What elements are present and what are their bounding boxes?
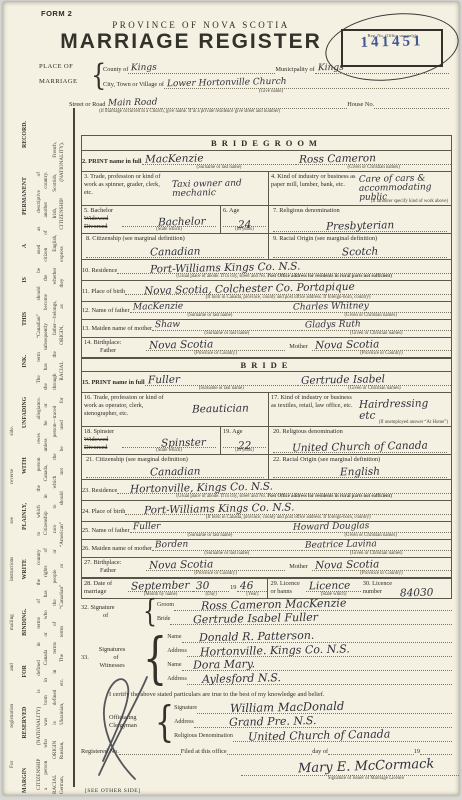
bride-given-value: Gertrude Isabel bbox=[301, 374, 385, 386]
groom-mother-given: Gladys Ruth bbox=[304, 320, 360, 330]
groom-industry-label: 4. Kind of industry or business as paper… bbox=[269, 172, 359, 205]
groom-father-given: Charles Whitney bbox=[293, 302, 369, 313]
city-field: Lower Hortonville Church bbox=[164, 79, 449, 89]
street-caption: (If marriage occurred in a Church, give … bbox=[99, 109, 449, 114]
row-signatures: 32. Signature of { Groom Ross Cameron Ma… bbox=[81, 595, 452, 629]
groom-bp-father-label: Father bbox=[100, 347, 144, 355]
marriage-year-value: 46 bbox=[240, 580, 254, 591]
bride-trade-label: 16. Trade, profession or kind of work as… bbox=[82, 393, 172, 426]
section-bride: BRIDE bbox=[82, 357, 451, 371]
groom-age-label: 6. Age bbox=[223, 207, 266, 215]
bride-bp-father-label: Father bbox=[100, 567, 144, 575]
row-bride-residence: 23. Residence Hortonville, Kings Co. N.S… bbox=[82, 479, 451, 500]
groom-birth-field: Nova Scotia, Colchester Co. Portapique (… bbox=[125, 281, 451, 301]
groom-residence-caption-a: (Usual place of abode. If in city, stree… bbox=[176, 274, 266, 279]
bride-bp-mother-value: Nova Scotia bbox=[315, 559, 379, 571]
bride-father-given: Howard Douglas bbox=[293, 522, 369, 533]
groom-father-given-field: Charles Whitney (Given or Christian name… bbox=[290, 302, 451, 319]
bride-mother-given: Beatrice Lavina bbox=[304, 540, 376, 551]
groom-given-value: Ross Cameron bbox=[299, 153, 376, 165]
groom-residence-caption-b: Post Office address for residents in rur… bbox=[267, 274, 392, 279]
bride-origin-value: English bbox=[340, 466, 380, 477]
row-bride-mother: 26. Maiden name of mother Borden (Surnam… bbox=[82, 539, 451, 557]
street-label: Street or Road bbox=[69, 101, 105, 109]
certify-statement: I certify the above stated particulars a… bbox=[109, 691, 452, 698]
clergy-denomination: United Church of Canada bbox=[248, 729, 391, 743]
county-value: Kings bbox=[131, 64, 157, 74]
bride-sig-label: Bride bbox=[157, 616, 170, 622]
groom-bp-mother-label: Mother bbox=[285, 343, 312, 357]
bride-birth-field: Port-Williams Kings Co. N.S. (If born in… bbox=[125, 501, 451, 521]
groom-father-surname: MacKenzie bbox=[132, 302, 182, 312]
groom-name-label: 2. PRINT name in full bbox=[82, 158, 142, 165]
groom-bp-father-value: Nova Scotia bbox=[149, 339, 213, 351]
bride-given-field: Gertrude Isabel (Given or Christian name… bbox=[298, 372, 451, 392]
see-other-side-note: [SEE OTHER SIDE] bbox=[85, 788, 452, 794]
place-of-marriage-block: PLACE OF MARRIAGE { County of Kings Muni… bbox=[39, 59, 449, 114]
margin-note-registration: For registration and mailing instruction… bbox=[10, 426, 15, 768]
witness1-name-label: Name bbox=[167, 634, 181, 640]
groom-mother-surname-field: Shaw (Surname or last name) bbox=[152, 320, 301, 337]
clergy-sig-label: Signature bbox=[174, 705, 197, 711]
bride-industry-label: 17. Kind of industry or business as text… bbox=[269, 393, 359, 426]
bride-father-given-field: Howard Douglas (Given or Christian names… bbox=[290, 522, 451, 539]
bride-surname-value: Fuller bbox=[148, 374, 180, 385]
section-bridegroom: BRIDEGROOM bbox=[82, 136, 451, 150]
bride-residence-field: Hortonville, Kings Co. N.S. (Usual place… bbox=[117, 480, 451, 500]
groom-trade-label: 3. Trade, profession or kind of work as … bbox=[82, 172, 172, 205]
place-brace: { bbox=[91, 58, 106, 93]
day-of-label: day of bbox=[312, 748, 328, 755]
bride-status-caption: (State which) bbox=[122, 447, 216, 454]
groom-citizenship-value: Canadian bbox=[150, 246, 201, 258]
issuer-signature: Mary E. McCormack bbox=[298, 758, 435, 776]
paper: For registration and mailing instruction… bbox=[3, 2, 459, 795]
bride-father-label: 25. Name of father bbox=[82, 527, 130, 539]
main-table: BRIDEGROOM 2. PRINT name in full MacKenz… bbox=[81, 135, 452, 599]
groom-bp-father-field: Nova Scotia (Province or Country) bbox=[146, 338, 285, 357]
municipality-value: Kings bbox=[318, 64, 344, 74]
bride-trade-value: Beautician bbox=[191, 404, 248, 416]
groom-bp-label: 14. Birthplace: bbox=[84, 339, 144, 347]
signature-area: 32. Signature of { Groom Ross Cameron Ma… bbox=[81, 595, 452, 791]
page-title: MARRIAGE REGISTER bbox=[3, 30, 379, 54]
marriage-label: MARRIAGE bbox=[39, 78, 77, 85]
municipality-label: Municipality of bbox=[275, 66, 314, 74]
row-bride-father: 25. Name of father Fuller (Surname or la… bbox=[82, 521, 451, 539]
groom-origin-label: 9. Racial Origin (see marginal definitio… bbox=[273, 235, 447, 243]
bride-citizenship-value: Canadian bbox=[150, 466, 201, 478]
bride-bp-father-field: Nova Scotia (Province or Country) bbox=[146, 558, 285, 577]
bride-mother-given-field: Beatrice Lavina (Given or Christian name… bbox=[302, 540, 451, 557]
row-groom-citizenship-origin: 8. Citizenship (see marginal definition)… bbox=[82, 233, 451, 259]
bride-residence-caption-a: (Usual place of abode. If in city, stree… bbox=[176, 494, 266, 499]
ink-scrawl bbox=[83, 657, 153, 787]
clergy-address-label: Address bbox=[174, 719, 194, 725]
row-bride-trade-industry: 16. Trade, profession or kind of work as… bbox=[82, 392, 451, 426]
bride-citizenship-label: 21. Citizenship (see marginal definition… bbox=[86, 456, 264, 464]
row-groom-name: 2. PRINT name in full MacKenzie (Surname… bbox=[82, 150, 451, 171]
margin-note-binding: MARGIN RESERVED FOR BINDING. WRITE PLAIN… bbox=[23, 121, 29, 793]
bride-bp-label: 27. Birthplace: bbox=[84, 559, 144, 567]
bride-father-surname: Fuller bbox=[132, 523, 160, 533]
place-of-label: PLACE OF bbox=[39, 63, 73, 70]
row-groom-status-age-religion: 5. Bachelor Widowed Divorced Bachelor (S… bbox=[82, 205, 451, 233]
groom-sig-label: Groom bbox=[157, 602, 174, 608]
witness1-address: Hortonville. Kings Co. N.S. bbox=[200, 643, 350, 657]
groom-origin-value: Scotch bbox=[342, 246, 378, 257]
filed-label: Filed at this office bbox=[181, 748, 227, 755]
bride-mother-surname-field: Borden (Surname or last name) bbox=[152, 540, 301, 557]
issuer-caption: Signature of Issuer of Marriage Licence bbox=[241, 776, 459, 782]
groom-age-caption: (In years) bbox=[223, 226, 266, 233]
row-groom-parents-birthplace: 14. Birthplace: Father Nova Scotia (Prov… bbox=[82, 337, 451, 357]
witness1-name: Donald R. Patterson. bbox=[198, 630, 314, 643]
bride-age-label: 19. Age bbox=[223, 428, 266, 436]
county-label: County of bbox=[103, 66, 128, 74]
signature-of-label-2: of bbox=[103, 612, 143, 620]
house-no-label: House No. bbox=[347, 101, 374, 109]
bride-bp-mother-field: Nova Scotia (Province or Country) bbox=[312, 558, 451, 577]
bride-birth-label: 24. Place of birth bbox=[82, 508, 125, 521]
bride-father-surname-field: Fuller (Surname or last name) bbox=[130, 522, 291, 539]
row-bride-name: 15. PRINT name in full Fuller (Surname o… bbox=[82, 371, 451, 392]
bride-signature: Gertrude Isabel Fuller bbox=[193, 612, 318, 626]
bride-industry-value: Hairdressing etc bbox=[359, 398, 447, 421]
margin-note-citizenship-1: CITIZENSHIP (NATIONALITY) is defined in … bbox=[37, 172, 42, 790]
city-value: Lower Hortonville Church bbox=[167, 78, 287, 90]
groom-bp-mother-field: Nova Scotia (Province or Country) bbox=[312, 338, 451, 357]
row-bride-birthplace: 24. Place of birth Port-Williams Kings C… bbox=[82, 500, 451, 521]
groom-father-label: 12. Name of father bbox=[82, 307, 130, 319]
witness-label-1: Signatures bbox=[81, 646, 143, 654]
county-field: Kings bbox=[128, 64, 275, 74]
row-groom-residence: 10. Residence Port-Williams Kings Co. N.… bbox=[82, 259, 451, 280]
groom-given-field: Ross Cameron (Given or Christian names) bbox=[296, 151, 451, 171]
groom-residence-value: Port-Williams Kings Co. N.S. bbox=[150, 261, 301, 275]
groom-surname-value: MacKenzie bbox=[144, 153, 203, 165]
clergy-brace: { bbox=[155, 698, 174, 747]
bride-residence-caption-b: Post Office address for residents in rur… bbox=[267, 494, 392, 499]
bride-name-label: 15. PRINT name in full bbox=[82, 379, 145, 386]
groom-residence-label: 10. Residence bbox=[82, 267, 117, 280]
groom-bp-mother-value: Nova Scotia bbox=[315, 339, 379, 351]
licence-value: Licence bbox=[309, 580, 351, 591]
bride-birth-value: Port-Williams Kings Co. N.S. bbox=[144, 502, 295, 516]
witness2-address: Aylesford N.S. bbox=[202, 672, 281, 685]
stamp-number: 141451 bbox=[343, 33, 441, 53]
bride-bp-mother-label: Mother bbox=[285, 563, 312, 577]
margin-rule bbox=[73, 108, 75, 787]
city-label: City, Town or Village of bbox=[103, 81, 164, 89]
signature-of-label-1: 32. Signature bbox=[81, 604, 143, 612]
witness1-address-label: Address bbox=[167, 648, 187, 654]
groom-father-surname-field: MacKenzie (Surname or last name) bbox=[130, 302, 291, 319]
province-heading: PROVINCE OF NOVA SCOTIA bbox=[3, 20, 399, 30]
row-groom-trade-industry: 3. Trade, profession or kind of work as … bbox=[82, 171, 451, 205]
marriage-day-value: 30 bbox=[196, 580, 210, 591]
clergy-signature: William MacDonald bbox=[230, 701, 344, 715]
bride-surname-field: Fuller (Surname or last name) bbox=[145, 372, 298, 392]
bride-origin-label: 22. Racial Origin (see marginal definiti… bbox=[273, 456, 447, 464]
row-groom-mother: 13. Maiden name of mother Shaw (Surname … bbox=[82, 319, 451, 337]
bride-residence-label: 23. Residence bbox=[82, 487, 117, 500]
groom-mother-given-field: Gladys Ruth (Given or Christian names) bbox=[302, 320, 451, 337]
groom-religion-label: 7. Religious denomination bbox=[273, 207, 447, 215]
bride-residence-value: Hortonville, Kings Co. N.S. bbox=[130, 481, 273, 494]
row-groom-birthplace: 11. Place of birth Nova Scotia, Colchest… bbox=[82, 280, 451, 301]
groom-birth-label: 11. Place of birth bbox=[82, 288, 125, 301]
bride-bp-father-value: Nova Scotia bbox=[149, 559, 213, 571]
witness2-name: Dora Mary. bbox=[192, 658, 254, 670]
groom-citizenship-label: 8. Citizenship (see marginal definition) bbox=[86, 235, 264, 243]
row-groom-father: 12. Name of father MacKenzie (Surname or… bbox=[82, 301, 451, 319]
street-value: Main Road bbox=[108, 98, 158, 108]
marriage-register-scan: { "glyphs": {"brace": "{"}, "header": { … bbox=[0, 0, 462, 800]
bride-religion-value: United Church of Canada bbox=[292, 440, 428, 453]
groom-trade-value: Taxi owner and mechanic bbox=[172, 178, 268, 198]
groom-industry-caption: (If labourer specify kind of work above) bbox=[371, 199, 448, 204]
bride-age-caption: (In years) bbox=[223, 447, 266, 454]
issuer-block: Mary E. McCormack Signature of Issuer of… bbox=[241, 757, 459, 782]
bride-industry-caption: (If unemployed answer “At Home”) bbox=[379, 420, 448, 425]
groom-status-caption: (State which) bbox=[122, 226, 216, 233]
bride-religion-label: 20. Religious denomination bbox=[273, 428, 447, 436]
groom-birth-value: Nova Scotia, Colchester Co. Portapique bbox=[144, 281, 355, 296]
groom-signature: Ross Cameron MacKenzie bbox=[201, 597, 347, 611]
bride-mother-label: 26. Maiden name of mother bbox=[82, 545, 152, 557]
groom-residence-field: Port-Williams Kings Co. N.S. (Usual plac… bbox=[117, 260, 451, 280]
groom-surname-field: MacKenzie (Surname or last name) bbox=[142, 151, 297, 171]
witness2-address-label: Address bbox=[167, 676, 187, 682]
bride-mother-surname: Borden bbox=[155, 541, 188, 551]
marriage-month-value: September bbox=[131, 580, 190, 592]
groom-religion-value: Presbyterian bbox=[326, 220, 394, 232]
row-bride-status-age-religion: 18. Spinster Widowed Divorced Spinster (… bbox=[82, 426, 451, 454]
form-number: FORM 2 bbox=[41, 9, 72, 18]
municipality-field: Kings bbox=[315, 64, 449, 74]
witness2-name-label: Name bbox=[167, 662, 181, 668]
signature-brace: { bbox=[143, 595, 157, 630]
margin-note-citizenship-2: a person who was born in Canada or who h… bbox=[44, 172, 49, 790]
groom-mother-label: 13. Maiden name of mother bbox=[82, 325, 152, 337]
margin-note-racial-origin-2: German, Russian, Ukrainian, etc. The ter… bbox=[60, 142, 65, 794]
clergy-denomination-label: Religious Denomination bbox=[174, 733, 233, 739]
street-field: Main Road bbox=[105, 99, 347, 109]
clergy-address: Grand Pre. N.S. bbox=[229, 715, 317, 728]
row-bride-citizenship-origin: 21. Citizenship (see marginal definition… bbox=[82, 454, 451, 479]
groom-mother-surname: Shaw bbox=[155, 321, 180, 331]
margin-note-racial-origin-1: RACIAL ORIGIN is defined in terms of the… bbox=[53, 142, 58, 794]
house-no-field bbox=[374, 108, 449, 109]
row-bride-parents-birthplace: 27. Birthplace: Father Nova Scotia (Prov… bbox=[82, 557, 451, 577]
